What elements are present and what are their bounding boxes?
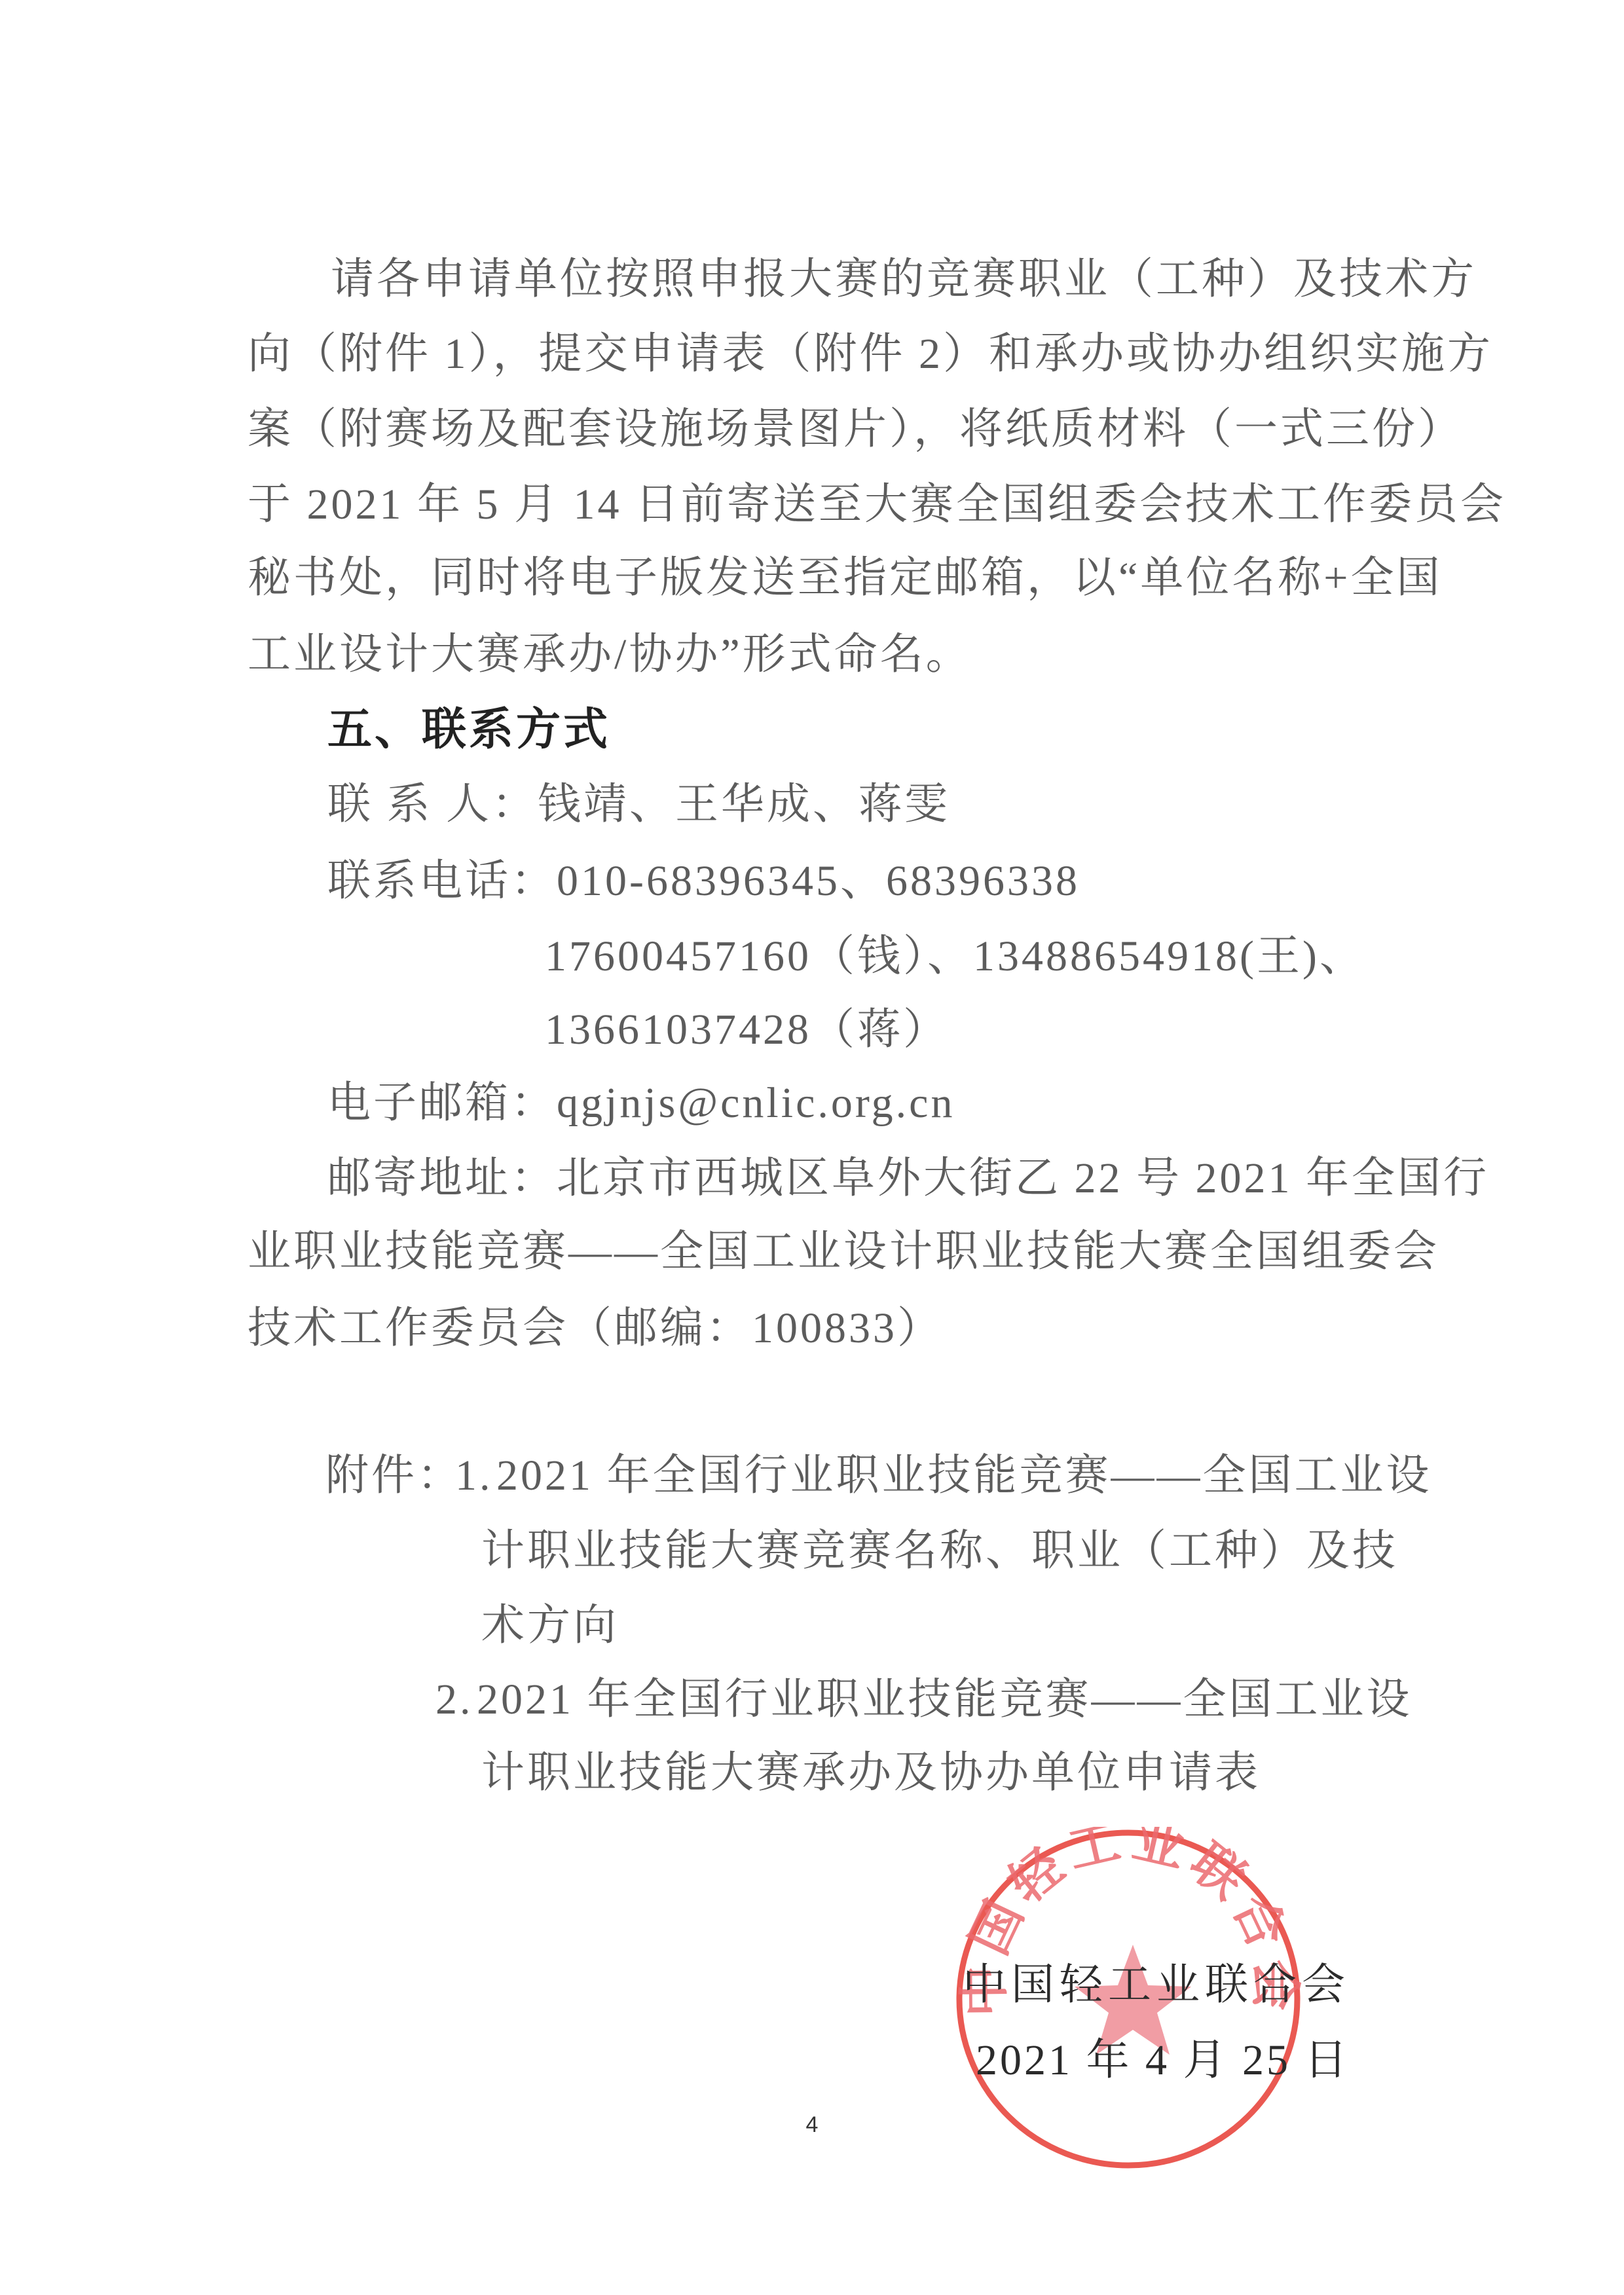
signature-organization: 中国轻工业联合会: [963, 1959, 1350, 2011]
contact-phone-value-3: 13661037428（蒋）: [545, 1004, 949, 1056]
body-line-1: 请各申请单位按照申报大赛的竞赛职业（工种）及技术方: [331, 253, 1408, 306]
contact-phone-value-1: 010-68396345、68396338: [557, 857, 1080, 905]
attachment-1-line-3: 术方向: [481, 1600, 619, 1652]
attachment-1-line-2: 计职业技能大赛竞赛名称、职业（工种）及技: [481, 1525, 1362, 1577]
document-page: 请各申请单位按照申报大赛的竞赛职业（工种）及技术方 向（附件 1），提交申请表（…: [0, 0, 1624, 2295]
page-number: 4: [799, 2112, 825, 2138]
attachment-2-number: 2.: [435, 1674, 473, 1726]
body-line-4: 于 2021 年 5 月 14 日前寄送至大赛全国组委会技术工作委员会: [248, 479, 1408, 531]
body-line-6: 工业设计大赛承办/协办”形式命名。: [248, 629, 972, 681]
attachments-label: 附件：: [325, 1450, 463, 1502]
attachment-1-number: 1.: [455, 1450, 493, 1502]
body-line-2: 向（附件 1），提交申请表（附件 2）和承办或协办组织实施方: [248, 328, 1408, 380]
section-heading: 五、联系方式: [327, 704, 610, 756]
signature-date: 2021 年 4 月 25 日: [976, 2034, 1350, 2087]
contact-email-label: 电子邮箱：: [327, 1079, 557, 1127]
contact-phone-value-2: 17600457160（钱）、13488654918(王)、: [545, 930, 1365, 983]
contact-person-row: 联 系 人：钱靖、王华成、蒋雯: [327, 779, 950, 831]
contact-address-line-3: 技术工作委员会（邮编：100833）: [248, 1302, 943, 1355]
contact-address-line-2: 业职业技能竞赛——全国工业设计职业技能大赛全国组委会: [248, 1226, 1408, 1278]
contact-email-value: qgjnjs@cnlic.org.cn: [557, 1079, 955, 1127]
body-line-3: 案（附赛场及配套设施场景图片），将纸质材料（一式三份）: [248, 403, 1408, 456]
contact-person-label: 联 系 人：: [327, 780, 538, 828]
attachment-1-line-1: 2021 年全国行业职业技能竞赛——全国工业设: [496, 1450, 1382, 1502]
contact-person-value: 钱靖、王华成、蒋雯: [538, 780, 950, 828]
contact-phone-label: 联系电话：: [327, 857, 557, 905]
attachment-2-line-2: 计职业技能大赛承办及协办单位申请表: [481, 1747, 1261, 1799]
body-line-5: 秘书处，同时将电子版发送至指定邮箱，以“单位名称+全国: [248, 552, 1408, 604]
contact-address-label: 邮寄地址：: [327, 1154, 557, 1202]
contact-email-row: 电子邮箱：qgjnjs@cnlic.org.cn: [327, 1077, 955, 1129]
contact-phone-row: 联系电话：010-68396345、68396338: [327, 855, 1080, 908]
contact-address-row: 邮寄地址：北京市西城区阜外大街乙 22 号 2021 年全国行: [327, 1152, 1408, 1205]
attachment-2-line-1: 2021 年全国行业职业技能竞赛——全国工业设: [477, 1674, 1362, 1726]
contact-address-line-1: 北京市西城区阜外大街乙 22 号 2021 年全国行: [557, 1154, 1489, 1202]
